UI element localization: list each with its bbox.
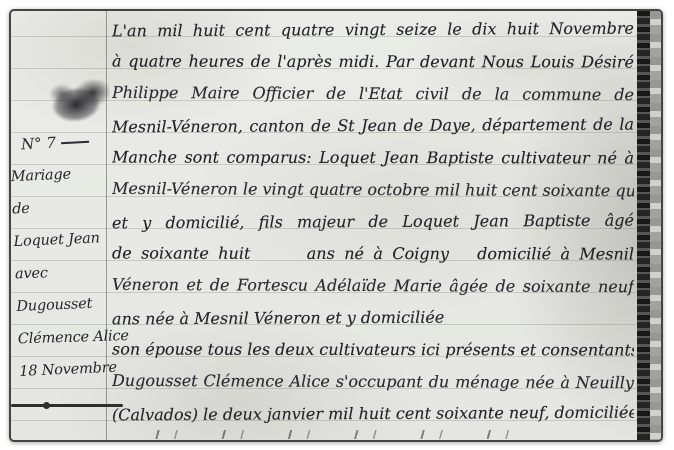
act-text-line: Manche sont comparus: Loquet Jean Baptis… [112, 142, 634, 175]
act-text-line: de soixante huit ans né à Coigny domicil… [112, 238, 634, 271]
book-binding-edge [637, 11, 650, 440]
act-number-label: N° 7 [21, 134, 57, 154]
act-text-line: Véneron et de Fortescu Adélaïde Marie âg… [112, 269, 634, 303]
act-text-line: Dugousset Clémence Alice s'occupant du m… [112, 365, 634, 399]
act-body-text: L'an mil huit cent quatre vingt seize le… [112, 14, 634, 430]
margin-annotation-line: Dugousset [16, 287, 111, 324]
ink-blot [48, 75, 114, 131]
act-number-dash [61, 141, 89, 144]
act-text-line: L'an mil huit cent quatre vingt seize le… [112, 13, 634, 48]
act-text-line: Philippe Maire Officier de l'Etat civil … [112, 77, 634, 111]
margin-annotation-line: Loquet Jean [13, 222, 108, 259]
act-text-line: ans née à Mesnil Véneron et y domiciliée [112, 301, 634, 336]
register-page-photo: N° 7 MariagedeLoquet JeanavecDugoussetCl… [9, 9, 663, 442]
clipped-last-line-strokes [137, 430, 537, 439]
act-text-line: Mesnil-Véneron, canton de St Jean de Day… [112, 109, 634, 144]
margin-annotation-line: de [12, 190, 107, 225]
facing-page-edge [650, 11, 661, 440]
separator-dot [43, 402, 50, 409]
margin-annotation-line: Mariage [10, 157, 105, 194]
margin-separator-line [11, 404, 123, 407]
margin-annotation-line: avec [15, 255, 110, 290]
act-text-line: (Calvados) le deux janvier mil huit cent… [112, 397, 634, 432]
act-text-line: Mesnil-Véneron le vingt quatre octobre m… [112, 173, 634, 207]
margin-annotations: MariagedeLoquet JeanavecDugoussetClémenc… [10, 157, 114, 388]
act-text-line: et y domicilié, fils majeur de Loquet Je… [112, 205, 634, 240]
margin-annotation-line: Clémence Alice [17, 320, 112, 355]
margin-annotation-line: 18 Novembre [19, 352, 114, 389]
act-text-line: son épouse tous les deux cultivateurs ic… [112, 334, 634, 367]
act-text-line: à quatre heures de l'après midi. Par dev… [112, 46, 634, 79]
